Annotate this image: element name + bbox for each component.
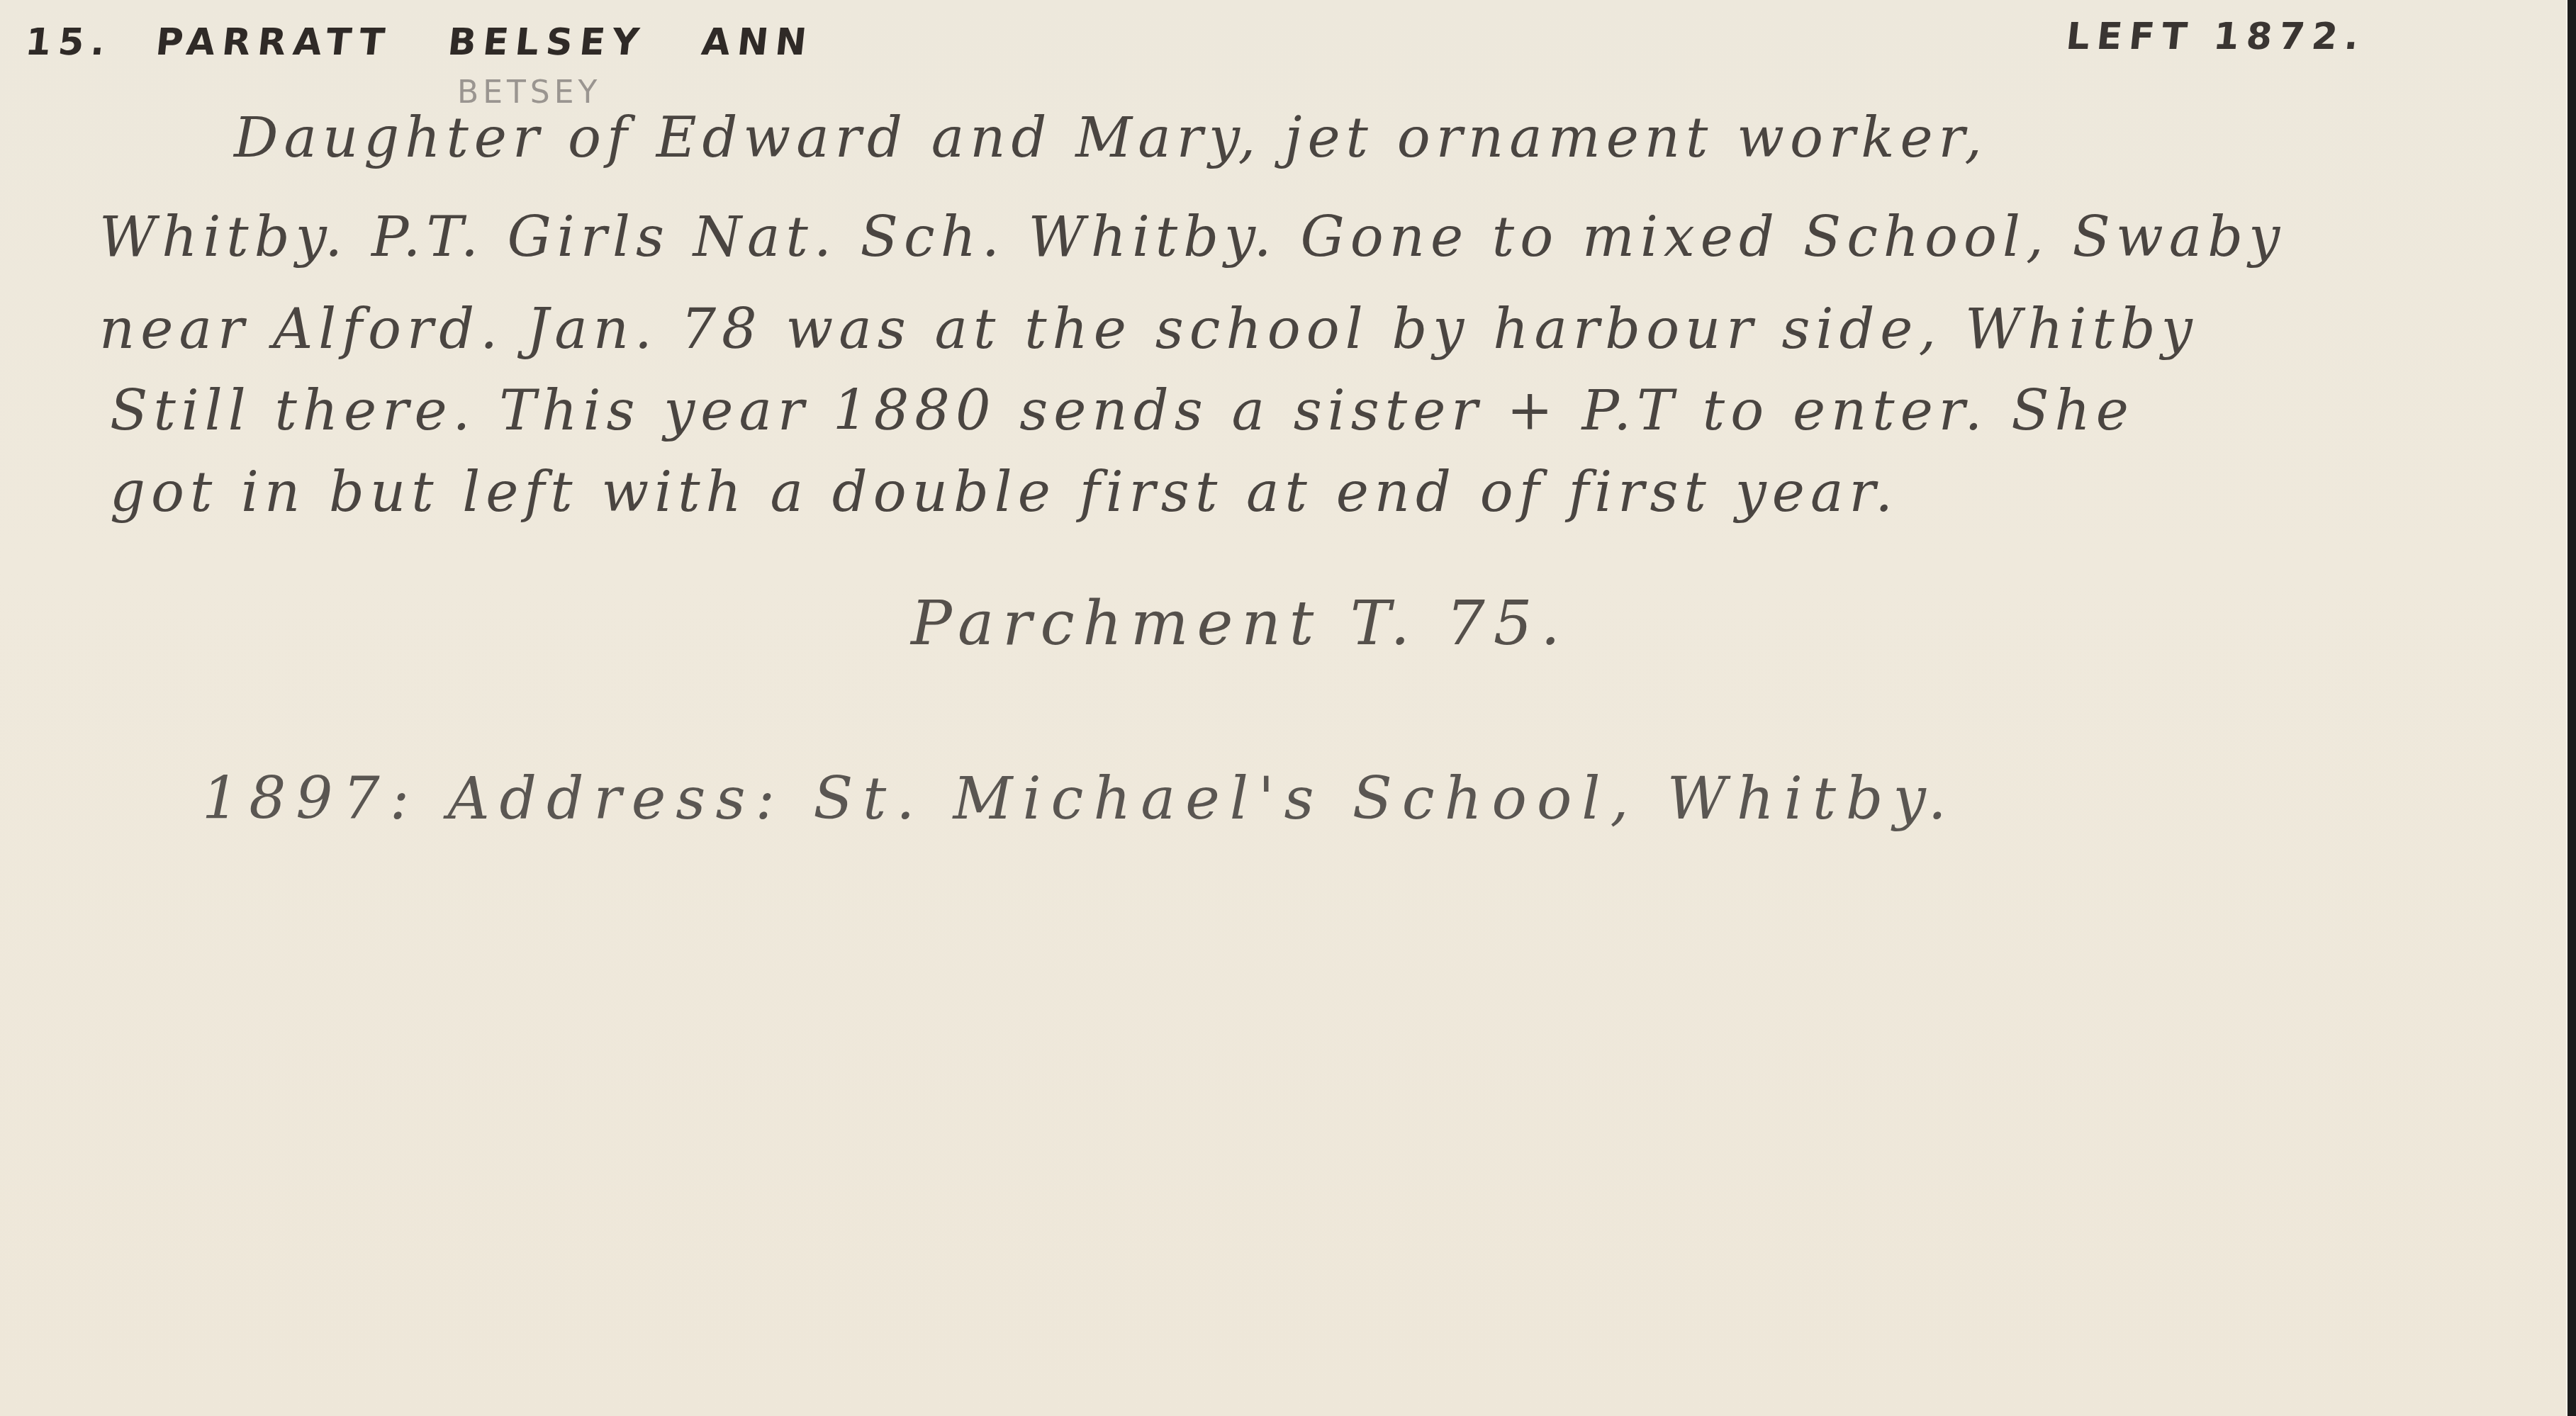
- body-line-1: Daughter of Edward and Mary, jet ornamen…: [234, 106, 1988, 170]
- surname: PARRATT: [154, 21, 393, 64]
- parchment-note: Parchment T. 75.: [911, 588, 1569, 659]
- card-edge-border: [2566, 0, 2576, 1416]
- given-name-second: ANN: [700, 21, 816, 64]
- left-year: LEFT 1872.: [2064, 16, 2368, 58]
- address-note: 1897: Address: St. Michael's School, Whi…: [202, 765, 1956, 833]
- given-name-first: BELSEY: [446, 21, 648, 64]
- body-line-2: Whitby. P.T. Girls Nat. Sch. Whitby. Gon…: [99, 206, 2285, 269]
- given-name-correction: BETSEY: [457, 74, 601, 111]
- body-line-4: Still there. This year 1880 sends a sist…: [110, 379, 2134, 443]
- register-card: 15. PARRATT BELSEY BETSEY ANN LEFT 1872.…: [0, 0, 2566, 1416]
- body-line-3: near Alford. Jan. 78 was at the school b…: [99, 298, 2198, 361]
- body-line-5: got in but left with a double first at e…: [110, 461, 1898, 524]
- entry-number: 15.: [23, 21, 114, 64]
